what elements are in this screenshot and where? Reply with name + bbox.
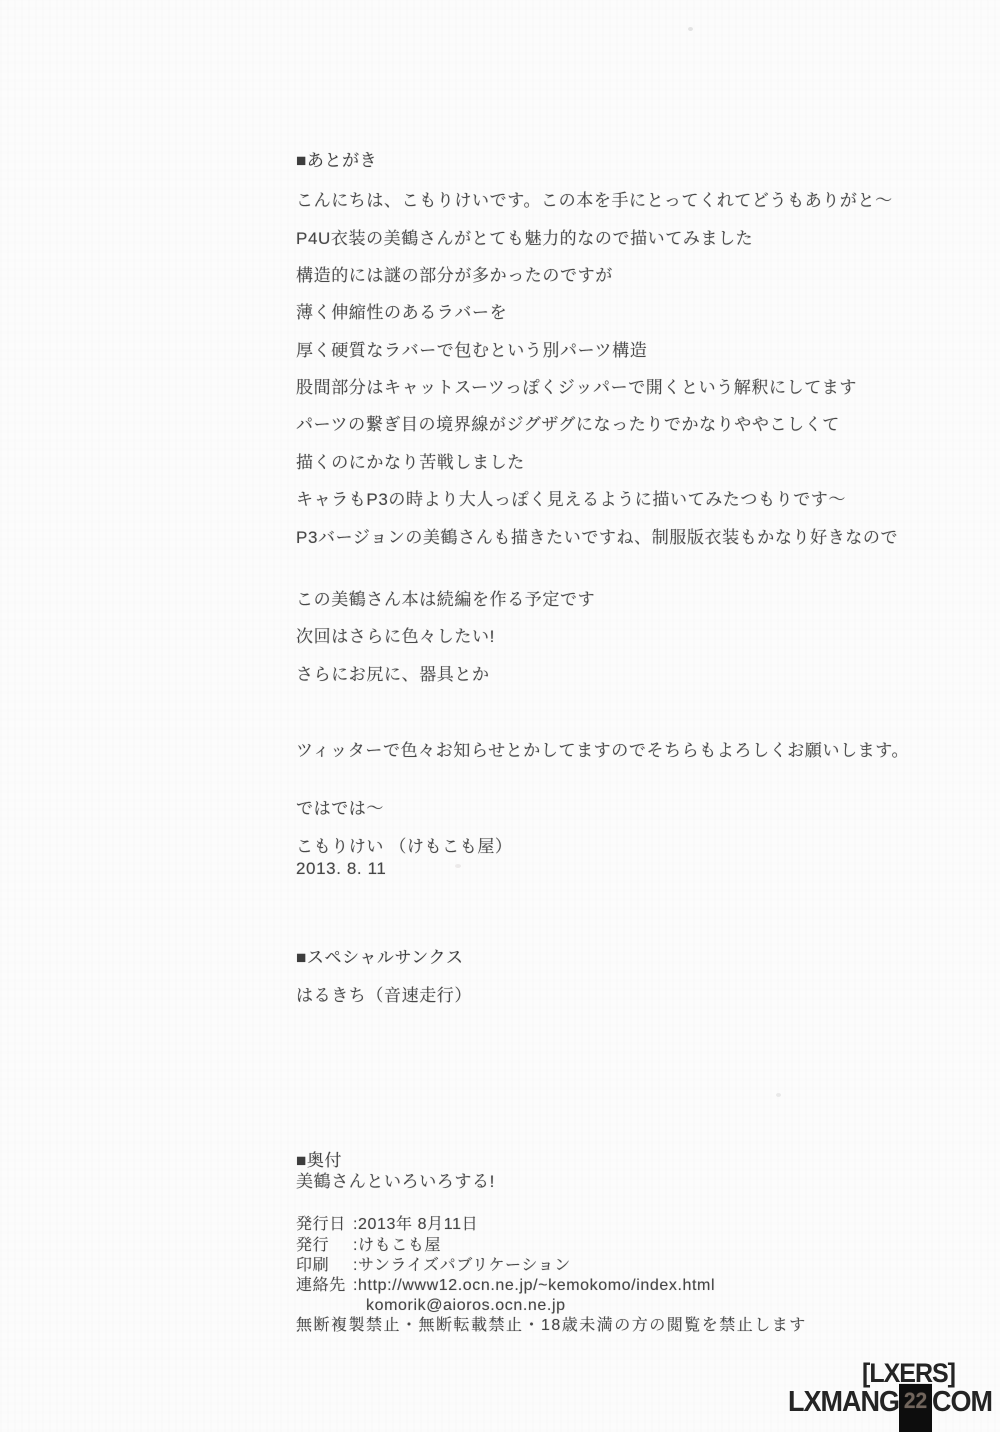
scan-speck	[455, 864, 461, 868]
afterword-line: ツィッターで色々お知らせとかしてますのでそちらもよろしくお願いします。	[296, 740, 909, 762]
scan-speck	[688, 27, 693, 31]
afterword-line: こんにちは、こもりけいです。この本を手にとってくれてどうもありがと～	[296, 190, 893, 212]
publication-date: 2013. 8. 11	[296, 858, 386, 880]
afterword-line: 次回はさらに色々したい!	[296, 626, 495, 648]
afterword-line: 股間部分はキャットスーツっぽくジッパーで開くという解釈にしてます	[296, 377, 857, 399]
watermark-site: LXMANG 22 COM	[788, 1386, 992, 1432]
author-signature: こもりけい （けもこも屋）	[296, 836, 513, 858]
colophon-value: :けもこも屋	[353, 1236, 441, 1256]
colophon-value: :サンライズパブリケーション	[353, 1256, 571, 1276]
afterword-heading: ■あとがき	[296, 150, 377, 172]
colophon-label: 発行日	[296, 1215, 353, 1235]
afterword-line: パーツの繋ぎ目の境界線がジグザグになったりでかなりややこしくて	[296, 414, 840, 436]
afterword-closing: ではでは～	[296, 798, 384, 820]
colophon-heading: ■奥付	[296, 1151, 342, 1171]
contact-email: komorik@aioros.ocn.ne.jp	[366, 1296, 566, 1316]
colophon-row: 発行 :けもこも屋	[296, 1236, 441, 1256]
afterword-line: 描くのにかなり苦戦しました	[296, 452, 525, 474]
page-number-box: 22	[899, 1384, 932, 1432]
colophon-row: 連絡先 :http://www12.ocn.ne.jp/~kemokomo/in…	[296, 1276, 715, 1296]
colophon-value: :2013年 8月11日	[353, 1215, 478, 1235]
colophon-label: 連絡先	[296, 1276, 353, 1296]
afterword-line: キャラもP3の時より大人っぽく見えるように描いてみたつもりです～	[296, 489, 846, 511]
afterword-line: 構造的には謎の部分が多かったのですが	[296, 265, 613, 287]
afterword-line: P3バージョンの美鶴さんも描きたいですね、制服版衣装もかなり好きなので	[296, 527, 898, 549]
special-thanks-heading: ■スペシャルサンクス	[296, 947, 464, 969]
colophon-row: 発行日 :2013年 8月11日	[296, 1215, 478, 1235]
afterword-line: 厚く硬質なラバーで包むという別パーツ構造	[296, 340, 647, 362]
watermark-site-left: LXMANG	[788, 1386, 899, 1419]
afterword-line: この美鶴さん本は続編を作る予定です	[296, 589, 595, 611]
copyright-notice: 無断複製禁止・無断転載禁止・18歳未満の方の閲覧を禁止します	[296, 1316, 807, 1336]
scan-speck	[776, 1093, 781, 1097]
special-thanks-name: はるきち（音速走行）	[296, 985, 472, 1007]
colophon-row: 印刷 :サンライズパブリケーション	[296, 1256, 571, 1276]
afterword-line: 薄く伸縮性のあるラバーを	[296, 302, 507, 324]
contact-url: :http://www12.ocn.ne.jp/~kemokomo/index.…	[353, 1276, 715, 1296]
colophon-label: 印刷	[296, 1256, 353, 1276]
afterword-line: P4U衣装の美鶴さんがとても魅力的なので描いてみました	[296, 228, 753, 250]
book-title: 美鶴さんといろいろする!	[296, 1172, 495, 1192]
colophon-label: 発行	[296, 1236, 353, 1256]
afterword-line: さらにお尻に、器具とか	[296, 664, 490, 686]
watermark-site-right: COM	[932, 1386, 992, 1419]
page-number: 22	[904, 1389, 927, 1432]
scanned-afterword-page: ■あとがき こんにちは、こもりけいです。この本を手にとってくれてどうもありがと～…	[0, 0, 1000, 1432]
